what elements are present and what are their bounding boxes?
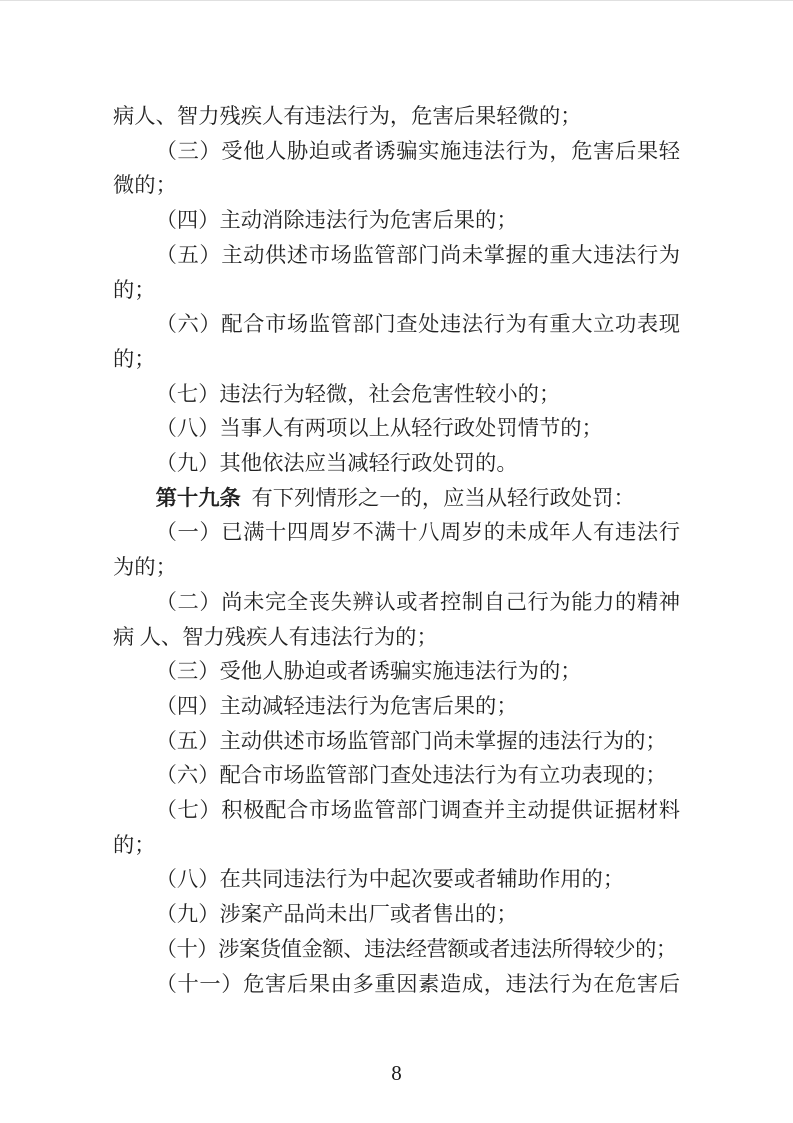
document-line: 病 人、智力残疾人有违法行为的； (113, 620, 680, 655)
document-line: 病人、智力残疾人有违法行为，危害后果轻微的； (113, 99, 680, 134)
document-line: 的； (113, 828, 680, 863)
document-line: 为的； (113, 550, 680, 585)
document-line: （九）涉案产品尚未出厂或者售出的； (113, 897, 680, 932)
article-number: 第十九条 (156, 486, 241, 510)
document-line: （八）在共同违法行为中起次要或者辅助作用的； (113, 862, 680, 897)
document-body: 病人、智力残疾人有违法行为，危害后果轻微的；（三）受他人胁迫或者诱骗实施违法行为… (113, 99, 680, 1001)
document-line: （六）配合市场监管部门查处违法行为有立功表现的； (113, 758, 680, 793)
document-line: （七）违法行为轻微，社会危害性较小的； (113, 377, 680, 412)
document-line: （四）主动减轻违法行为危害后果的； (113, 689, 680, 724)
document-line: （五）主动供述市场监管部门尚未掌握的违法行为的； (113, 724, 680, 759)
document-line: （三）受他人胁迫或者诱骗实施违法行为，危害后果轻 (113, 134, 680, 169)
document-line: （四）主动消除违法行为危害后果的； (113, 203, 680, 238)
document-line: 微的； (113, 168, 680, 203)
document-line: （七）积极配合市场监管部门调查并主动提供证据材料 (113, 793, 680, 828)
document-line: （一）已满十四周岁不满十八周岁的未成年人有违法行 (113, 515, 680, 550)
document-line: 的； (113, 273, 680, 308)
document-line: 第十九条有下列情形之一的，应当从轻行政处罚： (113, 481, 680, 516)
page-number: 8 (0, 1058, 793, 1088)
document-line: （二）尚未完全丧失辨认或者控制自己行为能力的精神 (113, 585, 680, 620)
document-line: （九）其他依法应当减轻行政处罚的。 (113, 446, 680, 481)
document-page: 病人、智力残疾人有违法行为，危害后果轻微的；（三）受他人胁迫或者诱骗实施违法行为… (0, 0, 793, 1123)
document-line: （三）受他人胁迫或者诱骗实施违法行为的； (113, 654, 680, 689)
document-line: （六）配合市场监管部门查处违法行为有重大立功表现 (113, 307, 680, 342)
document-line: （十）涉案货值金额、违法经营额或者违法所得较少的； (113, 932, 680, 967)
document-line: （八）当事人有两项以上从轻行政处罚情节的； (113, 411, 680, 446)
document-line: 的； (113, 342, 680, 377)
document-line: （十一）危害后果由多重因素造成，违法行为在危害后 (113, 967, 680, 1002)
document-line: （五）主动供述市场监管部门尚未掌握的重大违法行为 (113, 238, 680, 273)
